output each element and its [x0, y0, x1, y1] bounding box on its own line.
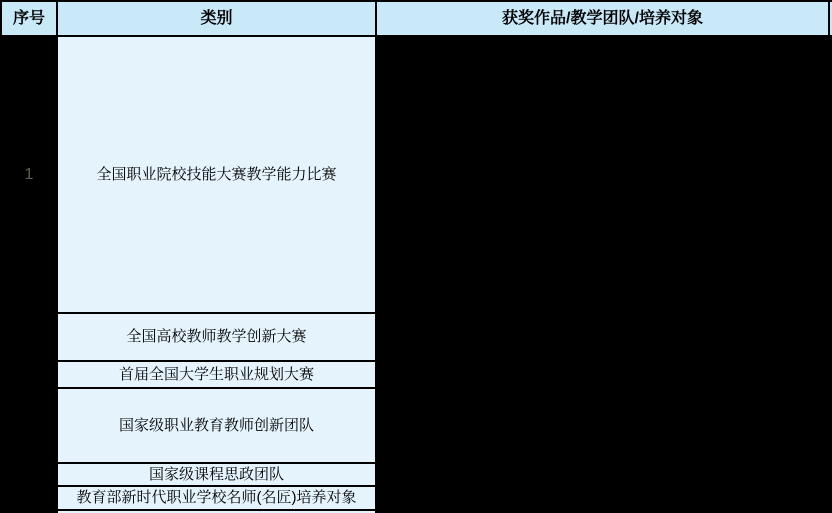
header-cell-index: 序号	[2, 2, 56, 35]
header-cell-category: 类别	[58, 2, 375, 35]
category-label: 全国职业院校技能大赛教学能力比赛	[96, 166, 336, 184]
category-label: 全国高校教师教学创新大赛	[126, 328, 306, 346]
header-category-label: 类别	[200, 9, 232, 28]
category-cell[interactable]: 全国职业院校技能大赛教学能力比赛	[58, 37, 375, 312]
header-cell-award: 获奖作品/教学团队/培养对象	[377, 2, 828, 35]
category-cell[interactable]: 国家级职业教育教师创新团队	[58, 389, 375, 462]
category-cell[interactable]: 首届全国大学生职业规划大赛	[58, 362, 375, 387]
category-cell[interactable]: 国家级课程思政团队	[58, 464, 375, 485]
category-cell[interactable]: 全国高校教师教学创新大赛	[58, 314, 375, 360]
awards-table: 序号 类别 获奖作品/教学团队/培养对象 1 全国职业院校技能大赛教学能力比赛 …	[0, 0, 832, 513]
header-award-label: 获奖作品/教学团队/培养对象	[502, 9, 703, 28]
serial-number: 1	[25, 166, 34, 184]
category-label: 首届全国大学生职业规划大赛	[119, 366, 314, 384]
category-label: 国家级职业教育教师创新团队	[119, 417, 314, 435]
serial-number-cell[interactable]: 1	[2, 37, 56, 312]
award-column-redacted	[376, 36, 832, 513]
header-index-label: 序号	[13, 9, 45, 28]
category-label: 国家级课程思政团队	[149, 466, 284, 484]
category-cell[interactable]: 教育部新时代职业学校名师(名匠)培养对象	[58, 487, 375, 509]
category-label: 教育部新时代职业学校名师(名匠)培养对象	[77, 489, 357, 507]
